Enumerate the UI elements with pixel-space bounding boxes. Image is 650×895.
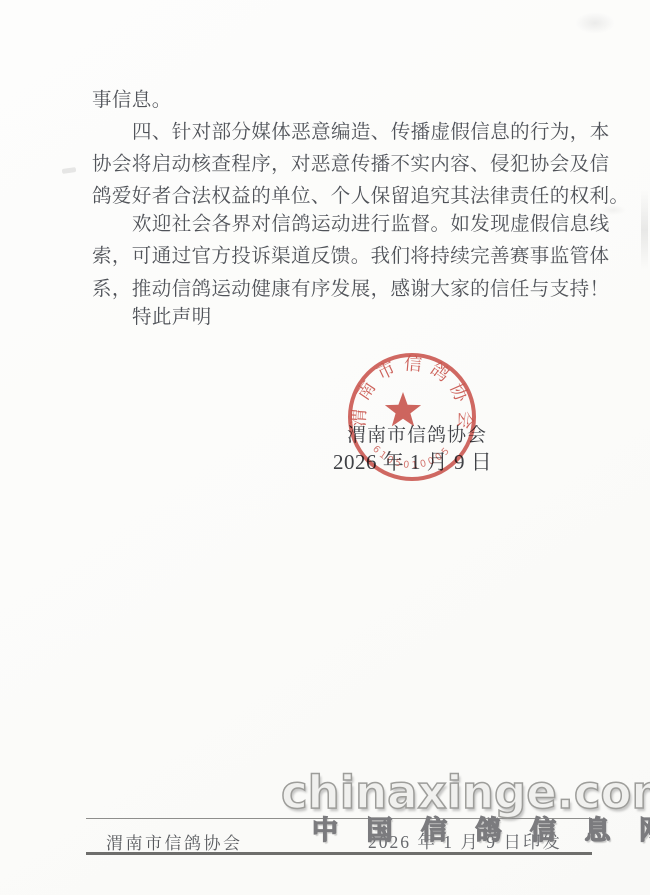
footer-org: 渭南市信鸽协会 — [106, 829, 243, 854]
scanned-document-page: 事信息。 四、针对部分媒体恶意编造、传播虚假信息的行为，本 协会将启动核查程序，… — [0, 0, 650, 895]
scan-smudge — [641, 190, 648, 270]
body-line: 四、针对部分媒体恶意编造、传播虚假信息的行为，本 — [92, 121, 607, 144]
seal-graphic: 渭南市信鸽协会 6105010005 — [342, 347, 482, 487]
scan-smudge — [62, 167, 77, 174]
body-line: 鸽爱好者合法权益的单位、个人保留追究其法律责任的权利。 — [92, 185, 607, 208]
watermark-site-name: 中 国 信 鸽 信 息 网 — [312, 816, 650, 846]
official-seal: 渭南市信鸽协会 6105010005 — [342, 347, 482, 487]
footer-rule-bottom — [86, 852, 592, 855]
seal-star-icon — [385, 392, 421, 426]
seal-code: 6105010005 — [370, 444, 454, 471]
body-line: 事信息。 — [92, 89, 607, 112]
scan-smudge — [575, 12, 615, 34]
body-line: 系，推动信鸽运动健康有序发展，感谢大家的信任与支持！ — [92, 278, 607, 301]
statement-closing: 特此声明 — [92, 306, 607, 329]
body-line: 索，可通过官方投诉渠道反馈。我们将持续完善赛事监管体 — [92, 245, 607, 268]
seal-ring-text: 渭南市信鸽协会 — [348, 349, 481, 437]
watermark-domain: chinaxinge.com — [281, 770, 650, 816]
body-line: 欢迎社会各界对信鸽运动进行监督。如发现虚假信息线 — [92, 213, 607, 236]
svg-text:渭南市信鸽协会: 渭南市信鸽协会 — [348, 349, 481, 437]
body-line: 协会将启动核查程序，对恶意传播不实内容、侵犯协会及信 — [92, 153, 607, 176]
svg-text:6105010005: 6105010005 — [370, 444, 454, 471]
